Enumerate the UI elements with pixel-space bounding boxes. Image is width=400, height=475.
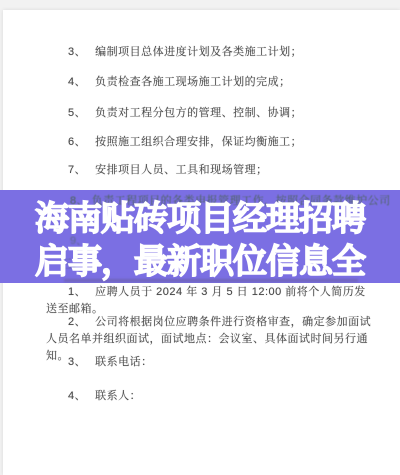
banner-title-line1: 海南贴砖项目经理招聘 [0, 200, 400, 238]
list-item-text: 联系人： [95, 390, 141, 402]
doc-list-item: 5、负责对工程分包方的管理、控制、协调； [46, 105, 374, 122]
title-banner-overlay: 8、 负责工程项目的各类申报管理工作，按照合同条款维护公司利益； 9、 三、 海… [0, 190, 400, 283]
doc-list-item: 4、联系人： [46, 388, 374, 405]
list-item-number: 3、 [68, 46, 86, 58]
doc-list-item: 7、安排项目人员、工具和现场管理； [46, 162, 374, 179]
list-item-number: 4、 [68, 390, 86, 402]
list-item-number: 1、 [68, 286, 86, 298]
list-item-text: 负责检查各施工现场施工计划的完成； [95, 76, 291, 88]
doc-list-item: 6、按照施工组织合理安排，保证均衡施工； [46, 134, 374, 151]
list-item-text: 安排项目人员、工具和现场管理； [95, 164, 268, 176]
list-item-number: 5、 [68, 107, 86, 119]
list-item-number: 7、 [68, 164, 86, 176]
list-item-number: 4、 [68, 76, 86, 88]
list-item-number: 3、 [68, 356, 86, 368]
list-item-text: 联系电话： [95, 356, 153, 368]
list-item-text: 编制项目总体进度计划及各类施工计划； [95, 46, 302, 58]
list-item-text: 负责对工程分包方的管理、控制、协调； [95, 107, 302, 119]
list-item-text: 应聘人员于 2024 年 3 月 5 日 12:00 前将个人简历发送至邮箱。 [46, 286, 366, 315]
list-item-number: 2、 [68, 316, 86, 328]
list-item-number: 6、 [68, 136, 86, 148]
doc-list-item: 1、应聘人员于 2024 年 3 月 5 日 12:00 前将个人简历发送至邮箱… [46, 284, 374, 318]
screenshot-stage: 3、编制项目总体进度计划及各类施工计划； 4、负责检查各施工现场施工计划的完成；… [0, 0, 400, 475]
list-item-text: 按照施工组织合理安排，保证均衡施工； [95, 136, 302, 148]
doc-list-item: 3、联系电话： [46, 354, 374, 371]
doc-list-item: 3、编制项目总体进度计划及各类施工计划； [46, 44, 374, 61]
banner-title-line2: 启事，最新职位信息全 [0, 243, 400, 281]
doc-list-item: 4、负责检查各施工现场施工计划的完成； [46, 74, 374, 91]
